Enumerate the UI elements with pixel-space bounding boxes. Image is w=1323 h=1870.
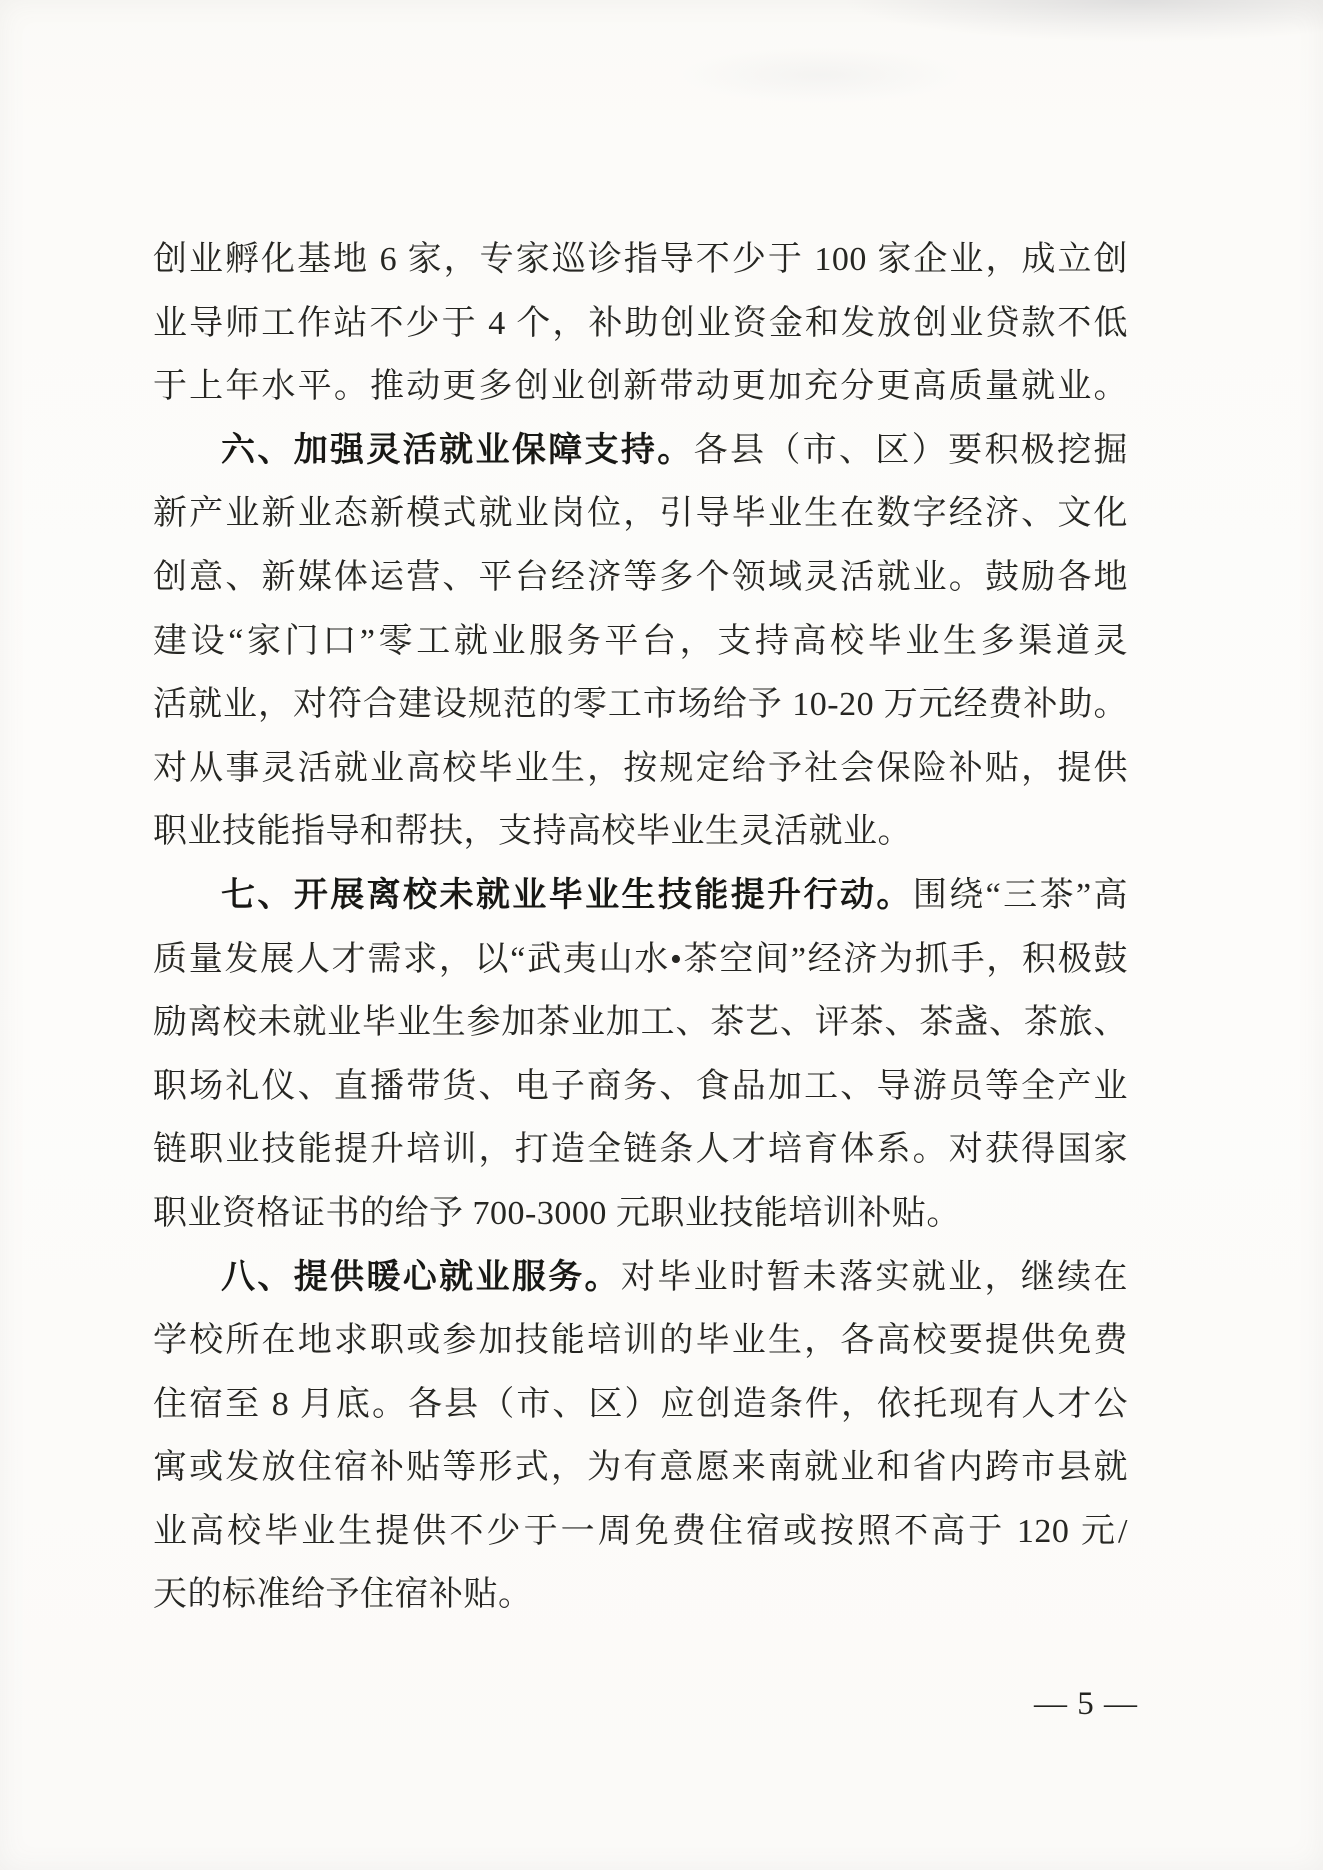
line-text: 对毕业时暂未落实就业，继续在 (621, 1259, 1128, 1296)
line-text: 职业技能指导和帮扶，支持高校毕业生灵活就业。 (153, 813, 912, 850)
doc-line: 业高校毕业生提供不少于一周免费住宿或按照不高于 120 元/ (153, 1500, 1128, 1564)
doc-line: 于上年水平。推动更多创业创新带动更加充分更高质量就业。 (153, 355, 1128, 419)
doc-line: 职业技能指导和帮扶，支持高校毕业生灵活就业。 (153, 800, 1128, 864)
doc-line: 学校所在地求职或参加技能培训的毕业生，各高校要提供免费 (153, 1309, 1128, 1373)
line-text: 职业资格证书的给予 700-3000 元职业技能培训补贴。 (153, 1195, 961, 1232)
line-text: 业高校毕业生提供不少于一周免费住宿或按照不高于 120 元/ (153, 1513, 1128, 1550)
line-text: 活就业，对符合建设规范的零工市场给予 10-20 万元经费补助。 (153, 686, 1128, 723)
doc-line: 创业孵化基地 6 家，专家巡诊指导不少于 100 家企业，成立创 (153, 228, 1128, 292)
doc-line: 励离校未就业毕业生参加茶业加工、茶艺、评茶、茶盏、茶旅、 (153, 991, 1128, 1055)
doc-line: 链职业技能提升培训，打造全链条人才培育体系。对获得国家 (153, 1118, 1128, 1182)
line-text: 创意、新媒体运营、平台经济等多个领域灵活就业。鼓励各地 (153, 559, 1128, 596)
line-text: 住宿至 8 月底。各县（市、区）应创造条件，依托现有人才公 (153, 1386, 1128, 1423)
line-text: 围绕“三茶”高 (913, 877, 1128, 914)
line-text: 新产业新业态新模式就业岗位，引导毕业生在数字经济、文化 (153, 495, 1128, 532)
document-body: 创业孵化基地 6 家，专家巡诊指导不少于 100 家企业，成立创 业导师工作站不… (153, 228, 1128, 1627)
line-text: 学校所在地求职或参加技能培训的毕业生，各高校要提供免费 (153, 1322, 1128, 1359)
doc-line: 创意、新媒体运营、平台经济等多个领域灵活就业。鼓励各地 (153, 546, 1128, 610)
section-eight-heading: 八、提供暖心就业服务。 (221, 1258, 621, 1296)
document-page: 创业孵化基地 6 家，专家巡诊指导不少于 100 家企业，成立创 业导师工作站不… (0, 0, 1323, 1870)
line-text: 天的标准给予住宿补贴。 (153, 1576, 533, 1613)
line-text: 各县（市、区）要积极挖掘 (694, 432, 1128, 469)
doc-line: 活就业，对符合建设规范的零工市场给予 10-20 万元经费补助。 (153, 673, 1128, 737)
line-text: 建设“家门口”零工就业服务平台，支持高校毕业生多渠道灵 (153, 623, 1128, 660)
line-text: 创业孵化基地 6 家，专家巡诊指导不少于 100 家企业，成立创 (153, 241, 1128, 278)
line-text: 对从事灵活就业高校毕业生，按规定给予社会保险补贴，提供 (153, 750, 1128, 787)
doc-line: 建设“家门口”零工就业服务平台，支持高校毕业生多渠道灵 (153, 610, 1128, 674)
line-text: 寓或发放住宿补贴等形式，为有意愿来南就业和省内跨市县就 (153, 1449, 1128, 1486)
line-text: 于上年水平。推动更多创业创新带动更加充分更高质量就业。 (153, 368, 1128, 405)
doc-line: 质量发展人才需求，以“武夷山水•茶空间”经济为抓手，积极鼓 (153, 928, 1128, 992)
doc-line: 职业资格证书的给予 700-3000 元职业技能培训补贴。 (153, 1182, 1128, 1246)
doc-line: 住宿至 8 月底。各县（市、区）应创造条件，依托现有人才公 (153, 1373, 1128, 1437)
section-six-heading: 六、加强灵活就业保障支持。 (221, 431, 694, 469)
line-text: 励离校未就业毕业生参加茶业加工、茶艺、评茶、茶盏、茶旅、 (153, 1004, 1128, 1041)
page-number: — 5 — (153, 1682, 1138, 1726)
doc-line: 新产业新业态新模式就业岗位，引导毕业生在数字经济、文化 (153, 482, 1128, 546)
doc-line: 七、开展离校未就业毕业生技能提升行动。围绕“三茶”高 (153, 864, 1128, 928)
line-text: 业导师工作站不少于 4 个，补助创业资金和发放创业贷款不低 (153, 305, 1128, 342)
doc-line: 寓或发放住宿补贴等形式，为有意愿来南就业和省内跨市县就 (153, 1436, 1128, 1500)
doc-line: 职场礼仪、直播带货、电子商务、食品加工、导游员等全产业 (153, 1055, 1128, 1119)
line-text: 质量发展人才需求，以“武夷山水•茶空间”经济为抓手，积极鼓 (153, 941, 1128, 978)
doc-line: 天的标准给予住宿补贴。 (153, 1563, 1128, 1627)
doc-line: 对从事灵活就业高校毕业生，按规定给予社会保险补贴，提供 (153, 737, 1128, 801)
line-text: 职场礼仪、直播带货、电子商务、食品加工、导游员等全产业 (153, 1068, 1128, 1105)
doc-line: 六、加强灵活就业保障支持。各县（市、区）要积极挖掘 (153, 419, 1128, 483)
line-text: 链职业技能提升培训，打造全链条人才培育体系。对获得国家 (153, 1131, 1128, 1168)
doc-line: 八、提供暖心就业服务。对毕业时暂未落实就业，继续在 (153, 1246, 1128, 1310)
section-seven-heading: 七、开展离校未就业毕业生技能提升行动。 (221, 876, 913, 914)
doc-line: 业导师工作站不少于 4 个，补助创业资金和发放创业贷款不低 (153, 292, 1128, 356)
